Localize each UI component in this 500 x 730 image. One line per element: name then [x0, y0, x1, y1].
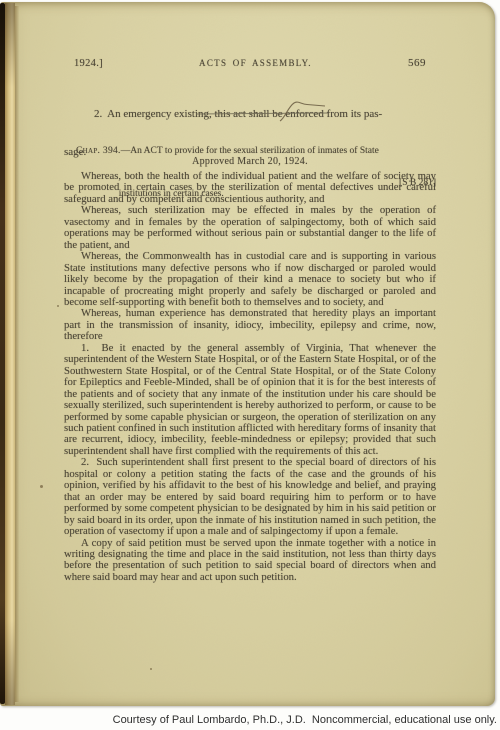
- body-paragraph-whereas-4: Whereas, human experience has demonstrat…: [64, 308, 436, 342]
- year-label: 1924.]: [74, 58, 103, 69]
- gutter-crease-line: [15, 6, 19, 702]
- body-paragraph-petition-notice: A copy of said petition must be served u…: [64, 538, 436, 584]
- act-body: Whereas, both the health of the individu…: [64, 171, 436, 583]
- footer-credit: Courtesy of Paul Lombardo, Ph.D., J.D. N…: [113, 714, 497, 726]
- chapter-number-label: Chap. 394.: [76, 146, 121, 156]
- page-gutter: [5, 3, 15, 705]
- chapter-heading-line1: Chap. 394.—An ACT to provide for the sex…: [64, 146, 436, 157]
- body-paragraph-whereas-2: Whereas, such sterilization may be effec…: [64, 205, 436, 251]
- page-number: 569: [408, 57, 426, 69]
- book-page: 1924.] ACTS OF ASSEMBLY. 569 2. An emerg…: [0, 2, 495, 706]
- body-paragraph-whereas-3: Whereas, the Commonwealth has in custodi…: [64, 251, 436, 308]
- paper-speck: [40, 485, 43, 488]
- paper-speck: [150, 668, 152, 670]
- scan-frame: 1924.] ACTS OF ASSEMBLY. 569 2. An emerg…: [0, 0, 500, 730]
- approval-line: Approved March 20, 1924.: [64, 156, 436, 167]
- body-paragraph-section-2: 2. Such superintendent shall first prese…: [64, 457, 436, 537]
- divider-line: [196, 113, 328, 114]
- body-paragraph-section-1: 1. Be it enacted by the general assembly…: [64, 343, 436, 458]
- chapter-title-text: —An ACT to provide for the sexual steril…: [121, 146, 379, 156]
- body-paragraph-whereas-1: Whereas, both the health of the individu…: [64, 171, 436, 205]
- running-title: ACTS OF ASSEMBLY.: [199, 58, 312, 68]
- section-divider-rule: [192, 97, 332, 123]
- page-header: 1924.] ACTS OF ASSEMBLY. 569: [64, 57, 436, 69]
- paper-speck: [57, 305, 59, 307]
- handwritten-check-mark: [280, 102, 325, 121]
